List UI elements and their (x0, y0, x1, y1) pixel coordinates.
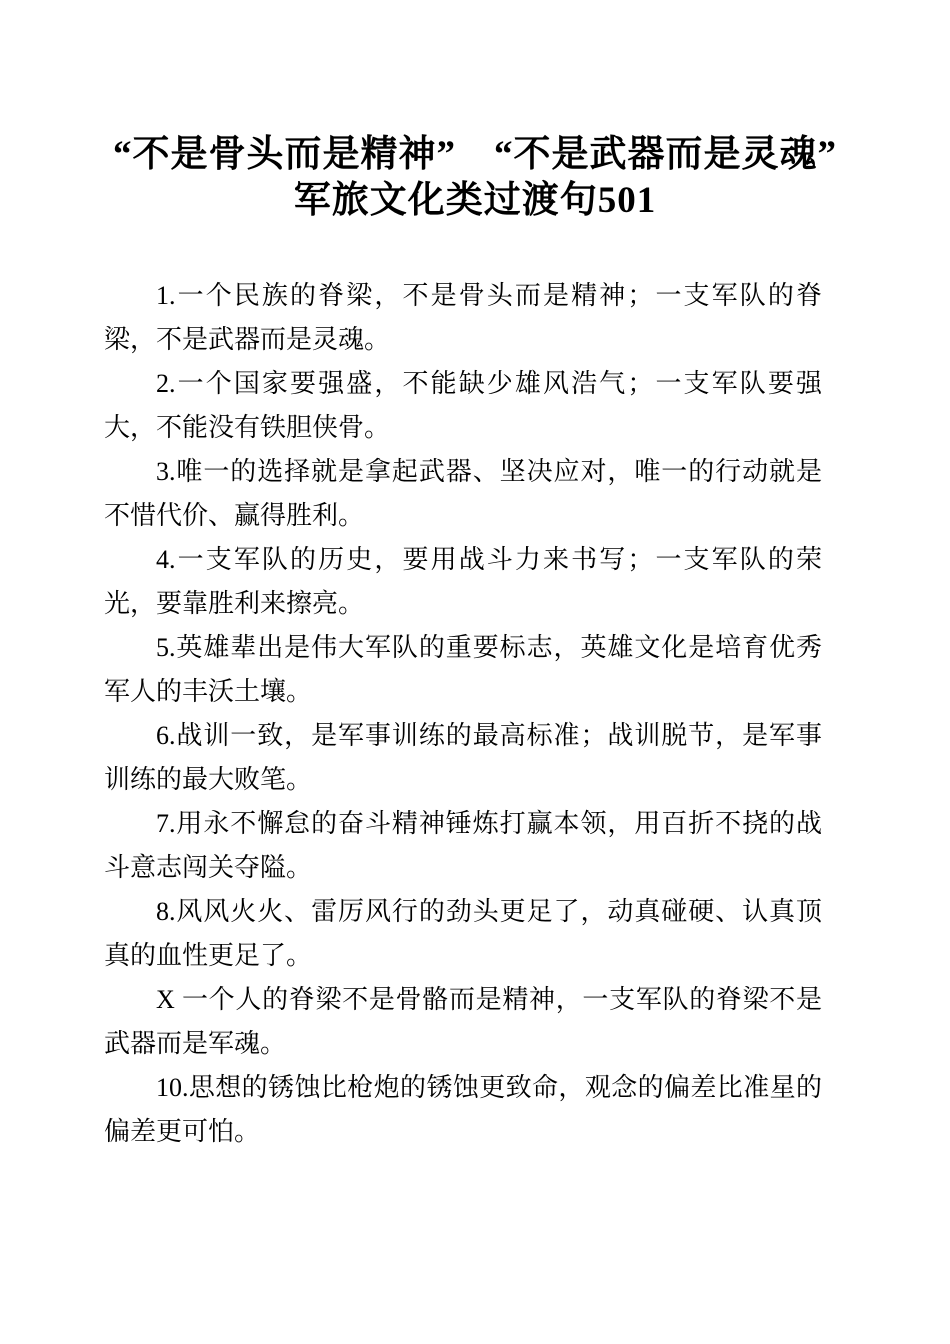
list-item-4: 4.一支军队的历史，要用战斗力来书写；一支军队的荣光，要靠胜利来擦亮。 (104, 538, 822, 626)
document-title: “不是骨头而是精神” “不是武器而是灵魂” 军旅文化类过渡句501 (0, 0, 950, 224)
list-item-8: 8.风风火火、雷厉风行的劲头更足了，动真碰硬、认真顶真的血性更足了。 (104, 890, 822, 978)
document-title-line-2: 军旅文化类过渡句501 (0, 178, 950, 224)
document-title-line-1: “不是骨头而是精神” “不是武器而是灵魂” (0, 132, 950, 178)
list-item-6: 6.战训一致，是军事训练的最高标准；战训脱节，是军事训练的最大败笔。 (104, 714, 822, 802)
document-body: 1.一个民族的脊梁，不是骨头而是精神；一支军队的脊梁，不是武器而是灵魂。 2.一… (104, 274, 822, 1154)
list-item-10: 10.思想的锈蚀比枪炮的锈蚀更致命，观念的偏差比准星的偏差更可怕。 (104, 1066, 822, 1154)
document-page: “不是骨头而是精神” “不是武器而是灵魂” 军旅文化类过渡句501 1.一个民族… (0, 0, 950, 1344)
list-item-2: 2.一个国家要强盛，不能缺少雄风浩气；一支军队要强大，不能没有铁胆侠骨。 (104, 362, 822, 450)
list-item-9: X 一个人的脊梁不是骨骼而是精神，一支军队的脊梁不是武器而是军魂。 (104, 978, 822, 1066)
list-item-7: 7.用永不懈怠的奋斗精神锤炼打赢本领，用百折不挠的战斗意志闯关夺隘。 (104, 802, 822, 890)
list-item-3: 3.唯一的选择就是拿起武器、坚决应对，唯一的行动就是不惜代价、赢得胜利。 (104, 450, 822, 538)
list-item-1: 1.一个民族的脊梁，不是骨头而是精神；一支军队的脊梁，不是武器而是灵魂。 (104, 274, 822, 362)
list-item-5: 5.英雄辈出是伟大军队的重要标志，英雄文化是培育优秀军人的丰沃土壤。 (104, 626, 822, 714)
